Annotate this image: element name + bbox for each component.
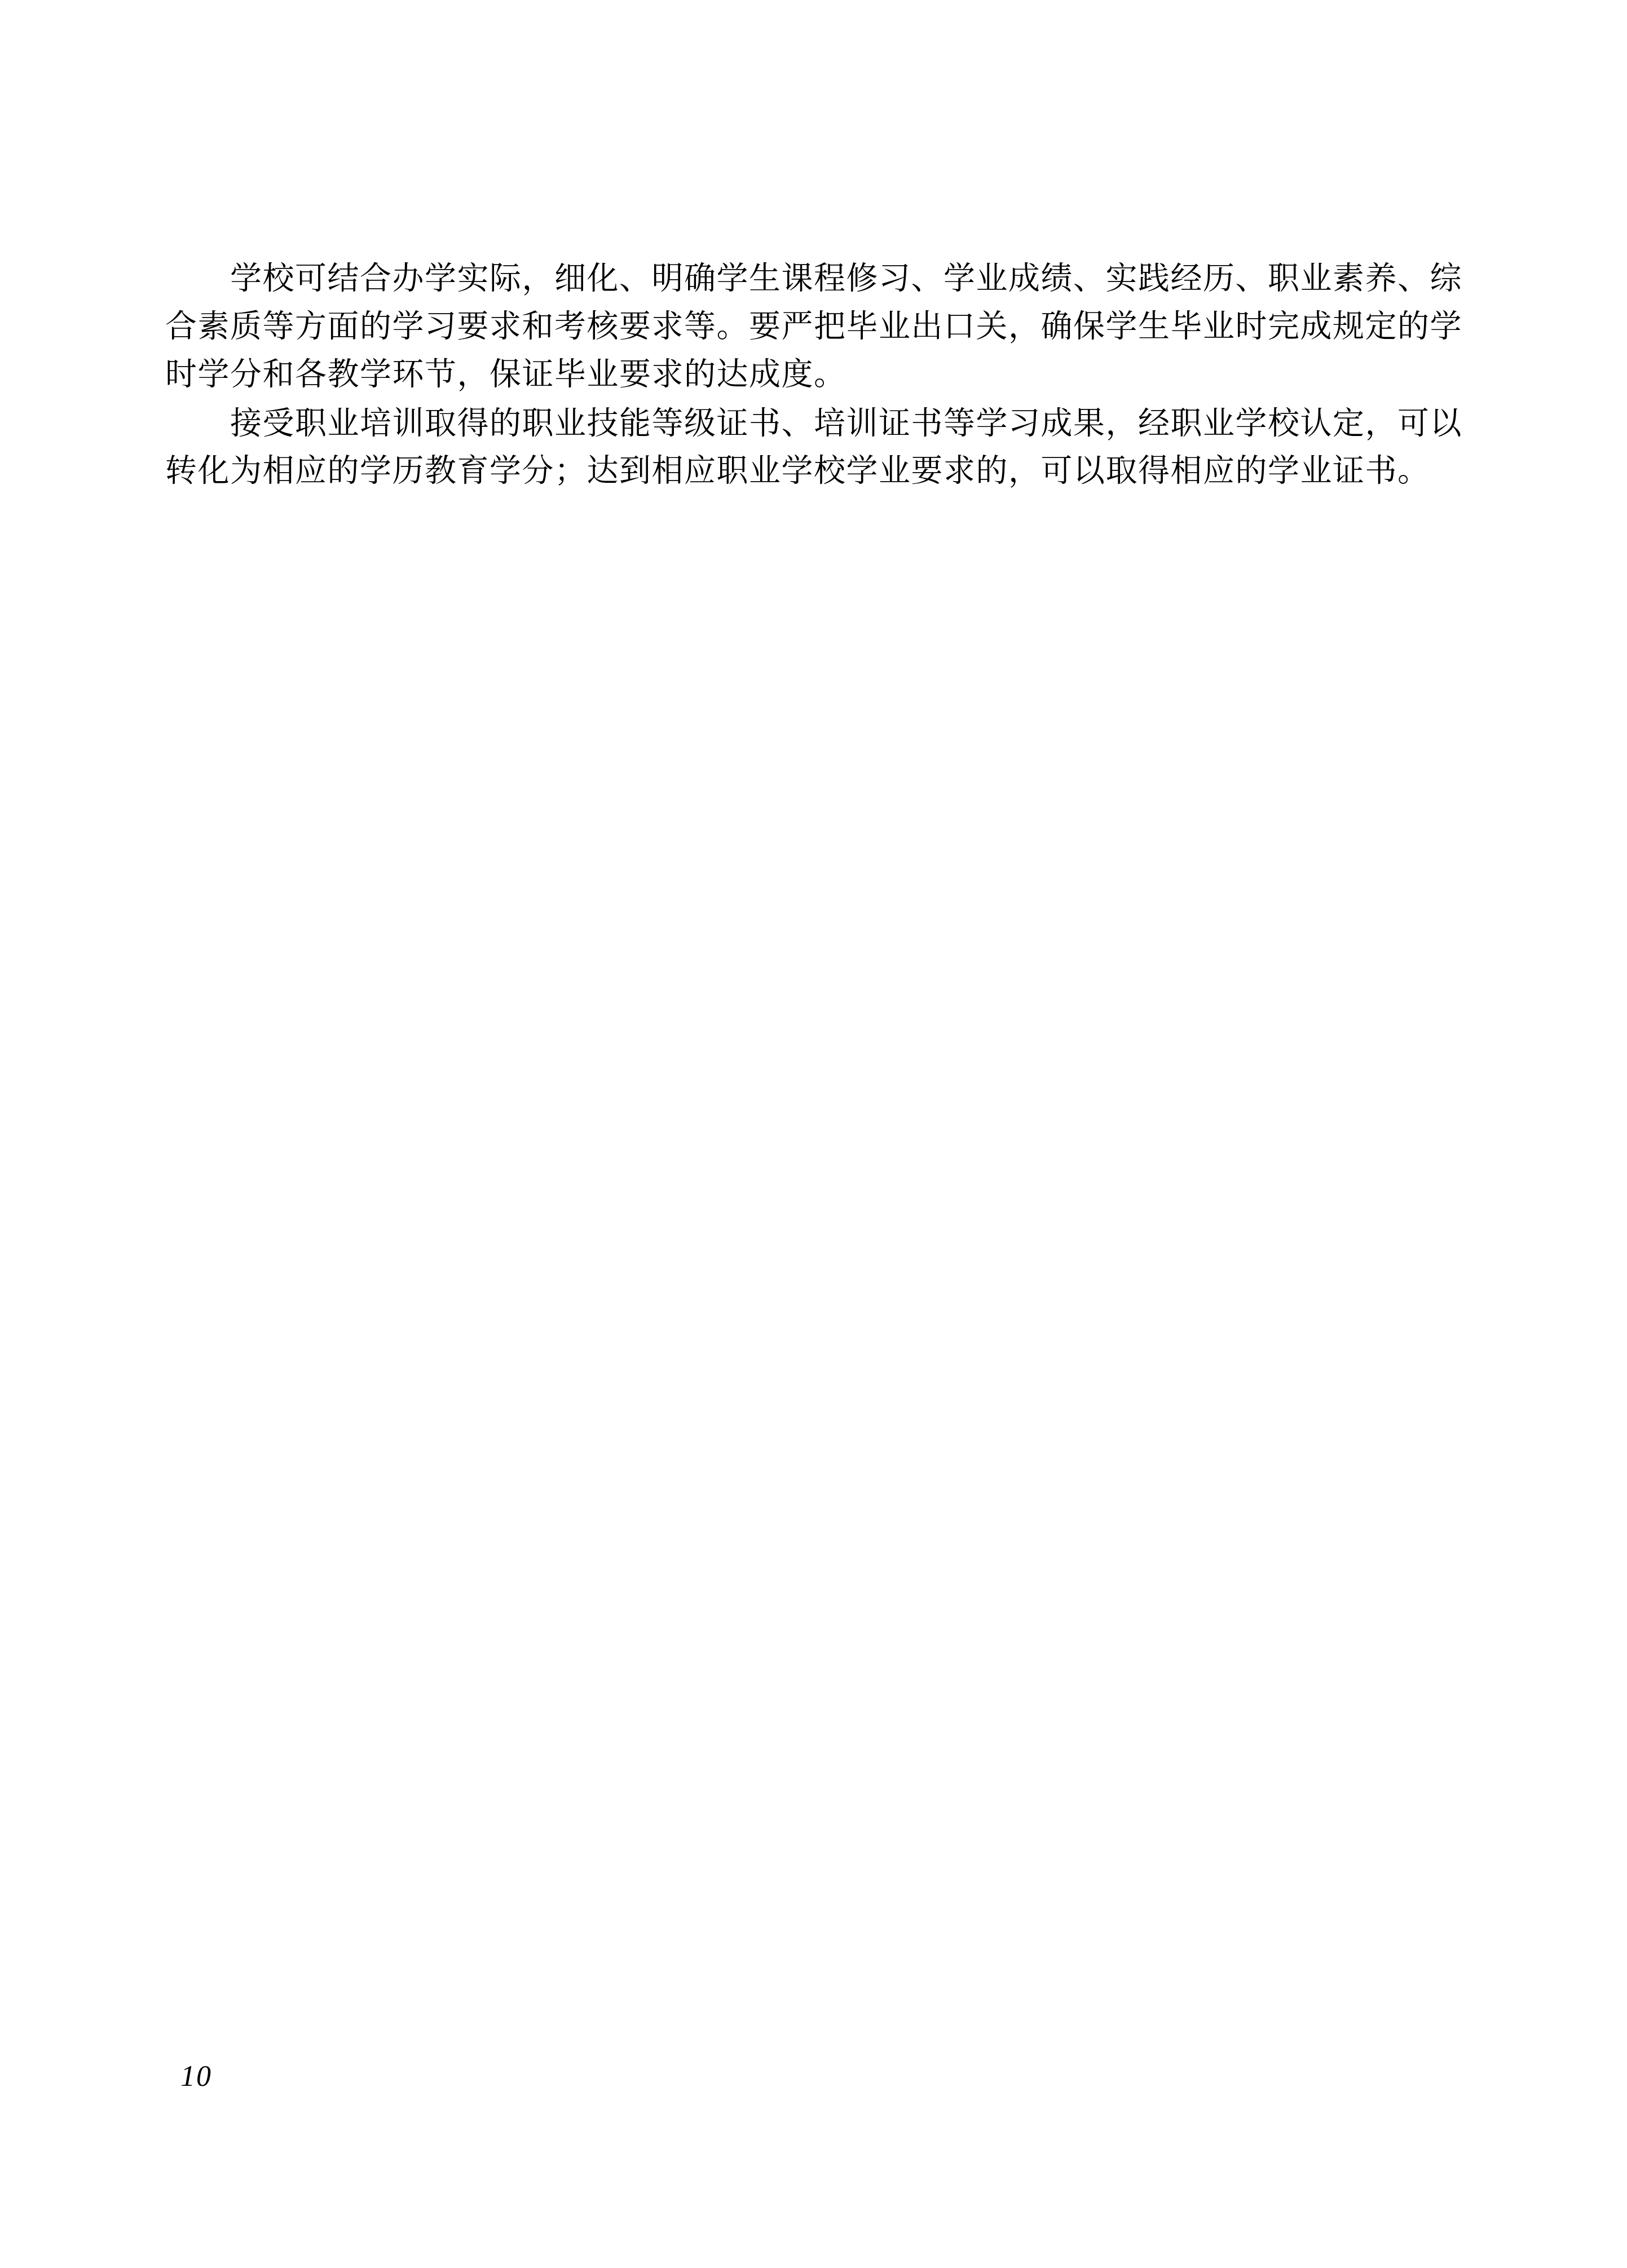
paragraph-1-line-2: 合素质等方面的学习要求和考核要求等。要严把毕业出口关，确保学生毕业时完成规定的学 <box>165 310 1462 343</box>
page-number: 10 <box>180 2060 212 2094</box>
paragraph-1-line-1: 学校可结合办学实际，细化、明确学生课程修习、学业成绩、实践经历、职业素养、综 <box>230 262 1462 296</box>
document-page: 学校可结合办学实际，细化、明确学生课程修习、学业成绩、实践经历、职业素养、综 合… <box>0 0 1627 2268</box>
paragraph-1-line-3: 时学分和各教学环节，保证毕业要求的达成度。 <box>165 358 1462 391</box>
paragraph-2-line-2: 转化为相应的学历教育学分；达到相应职业学校学业要求的，可以取得相应的学业证书。 <box>165 454 1462 488</box>
paragraph-2-line-1: 接受职业培训取得的职业技能等级证书、培训证书等学习成果，经职业学校认定，可以 <box>230 407 1462 441</box>
